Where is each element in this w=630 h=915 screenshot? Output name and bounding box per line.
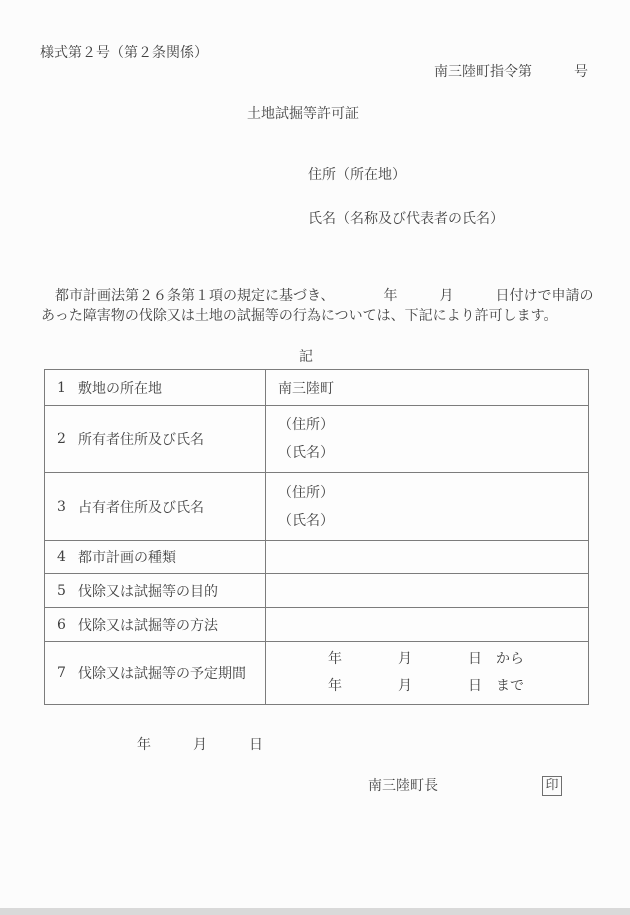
row-label: 伐除又は試掘等の予定期間: [78, 663, 246, 683]
row-value-cell: （住所） （氏名）: [266, 473, 588, 540]
table-row-owner: 2所有者住所及び氏名 （住所） （氏名）: [45, 406, 588, 473]
table-row-city-plan-type: 4都市計画の種類: [45, 541, 588, 574]
row-label-cell: 2所有者住所及び氏名: [45, 406, 266, 472]
row-number: 7: [57, 665, 78, 681]
table-row-occupant: 3占有者住所及び氏名 （住所） （氏名）: [45, 473, 588, 541]
row-label-cell: 6伐除又は試掘等の方法: [45, 608, 266, 641]
row-label-cell: 5伐除又は試掘等の目的: [45, 574, 266, 607]
issue-date-line: 年 月 日: [137, 737, 263, 753]
directive-number-line: 南三陸町指令第 号: [0, 64, 588, 80]
row-label: 占有者住所及び氏名: [78, 497, 204, 517]
row-label: 伐除又は試掘等の方法: [78, 615, 218, 635]
row-number: 5: [57, 583, 78, 599]
value-line: （住所）: [278, 411, 588, 439]
recipient-address-label: 住所（所在地）: [308, 167, 406, 183]
body-paragraph-line2: あった障害物の伐除又は土地の試掘等の行為については、下記により許可します。: [41, 306, 557, 326]
row-number: 3: [57, 499, 78, 515]
row-label-cell: 4都市計画の種類: [45, 541, 266, 573]
page-bottom-edge: [0, 908, 630, 915]
value-line: （住所）: [278, 479, 588, 507]
row-number: 2: [57, 431, 78, 447]
row-number: 1: [57, 380, 78, 396]
row-label: 所有者住所及び氏名: [78, 429, 204, 449]
row-label: 敷地の所在地: [78, 378, 162, 398]
row-value-cell: （住所） （氏名）: [266, 406, 588, 472]
table-row-purpose: 5伐除又は試掘等の目的: [45, 574, 588, 608]
row-value-cell: 年 月 日 から 年 月 日 まで: [266, 642, 588, 704]
value-line: 年 月 日 まで: [328, 673, 588, 700]
form-code: 様式第２号（第２条関係）: [40, 45, 208, 61]
body-paragraph-line1: 都市計画法第２６条第１項の規定に基づき、 年 月 日付けで申請の: [41, 286, 593, 306]
permit-details-table: 1敷地の所在地 南三陸町 2所有者住所及び氏名 （住所） （氏名） 3占有者住所…: [44, 369, 589, 705]
row-label-cell: 7伐除又は試掘等の予定期間: [45, 642, 266, 704]
row-value-cell: [266, 608, 588, 641]
row-label: 伐除又は試掘等の目的: [78, 581, 218, 601]
row-label: 都市計画の種類: [78, 547, 176, 567]
document-title: 土地試掘等許可証: [0, 106, 606, 122]
permit-document-page: 様式第２号（第２条関係） 南三陸町指令第 号 土地試掘等許可証 住所（所在地） …: [0, 0, 630, 915]
value-line: 年 月 日 から: [328, 646, 588, 673]
official-seal-box: 印: [542, 776, 562, 796]
value-line: （氏名）: [278, 507, 588, 535]
row-label-cell: 1敷地の所在地: [45, 370, 266, 405]
row-number: 4: [57, 549, 78, 565]
table-row-site-location: 1敷地の所在地 南三陸町: [45, 370, 588, 406]
row-value-cell: 南三陸町: [266, 370, 588, 405]
row-value-cell: [266, 574, 588, 607]
row-value-cell: [266, 541, 588, 573]
recipient-name-label: 氏名（名称及び代表者の氏名）: [308, 211, 504, 227]
row-label-cell: 3占有者住所及び氏名: [45, 473, 266, 540]
seal-character: 印: [545, 778, 558, 793]
table-row-method: 6伐除又は試掘等の方法: [45, 608, 588, 642]
value-line: （氏名）: [278, 439, 588, 467]
table-row-scheduled-period: 7伐除又は試掘等の予定期間 年 月 日 から 年 月 日 まで: [45, 642, 588, 704]
value-line: 南三陸町: [278, 378, 588, 398]
record-mark: 記: [0, 349, 612, 365]
mayor-signature-label: 南三陸町長: [368, 778, 438, 794]
row-number: 6: [57, 617, 78, 633]
